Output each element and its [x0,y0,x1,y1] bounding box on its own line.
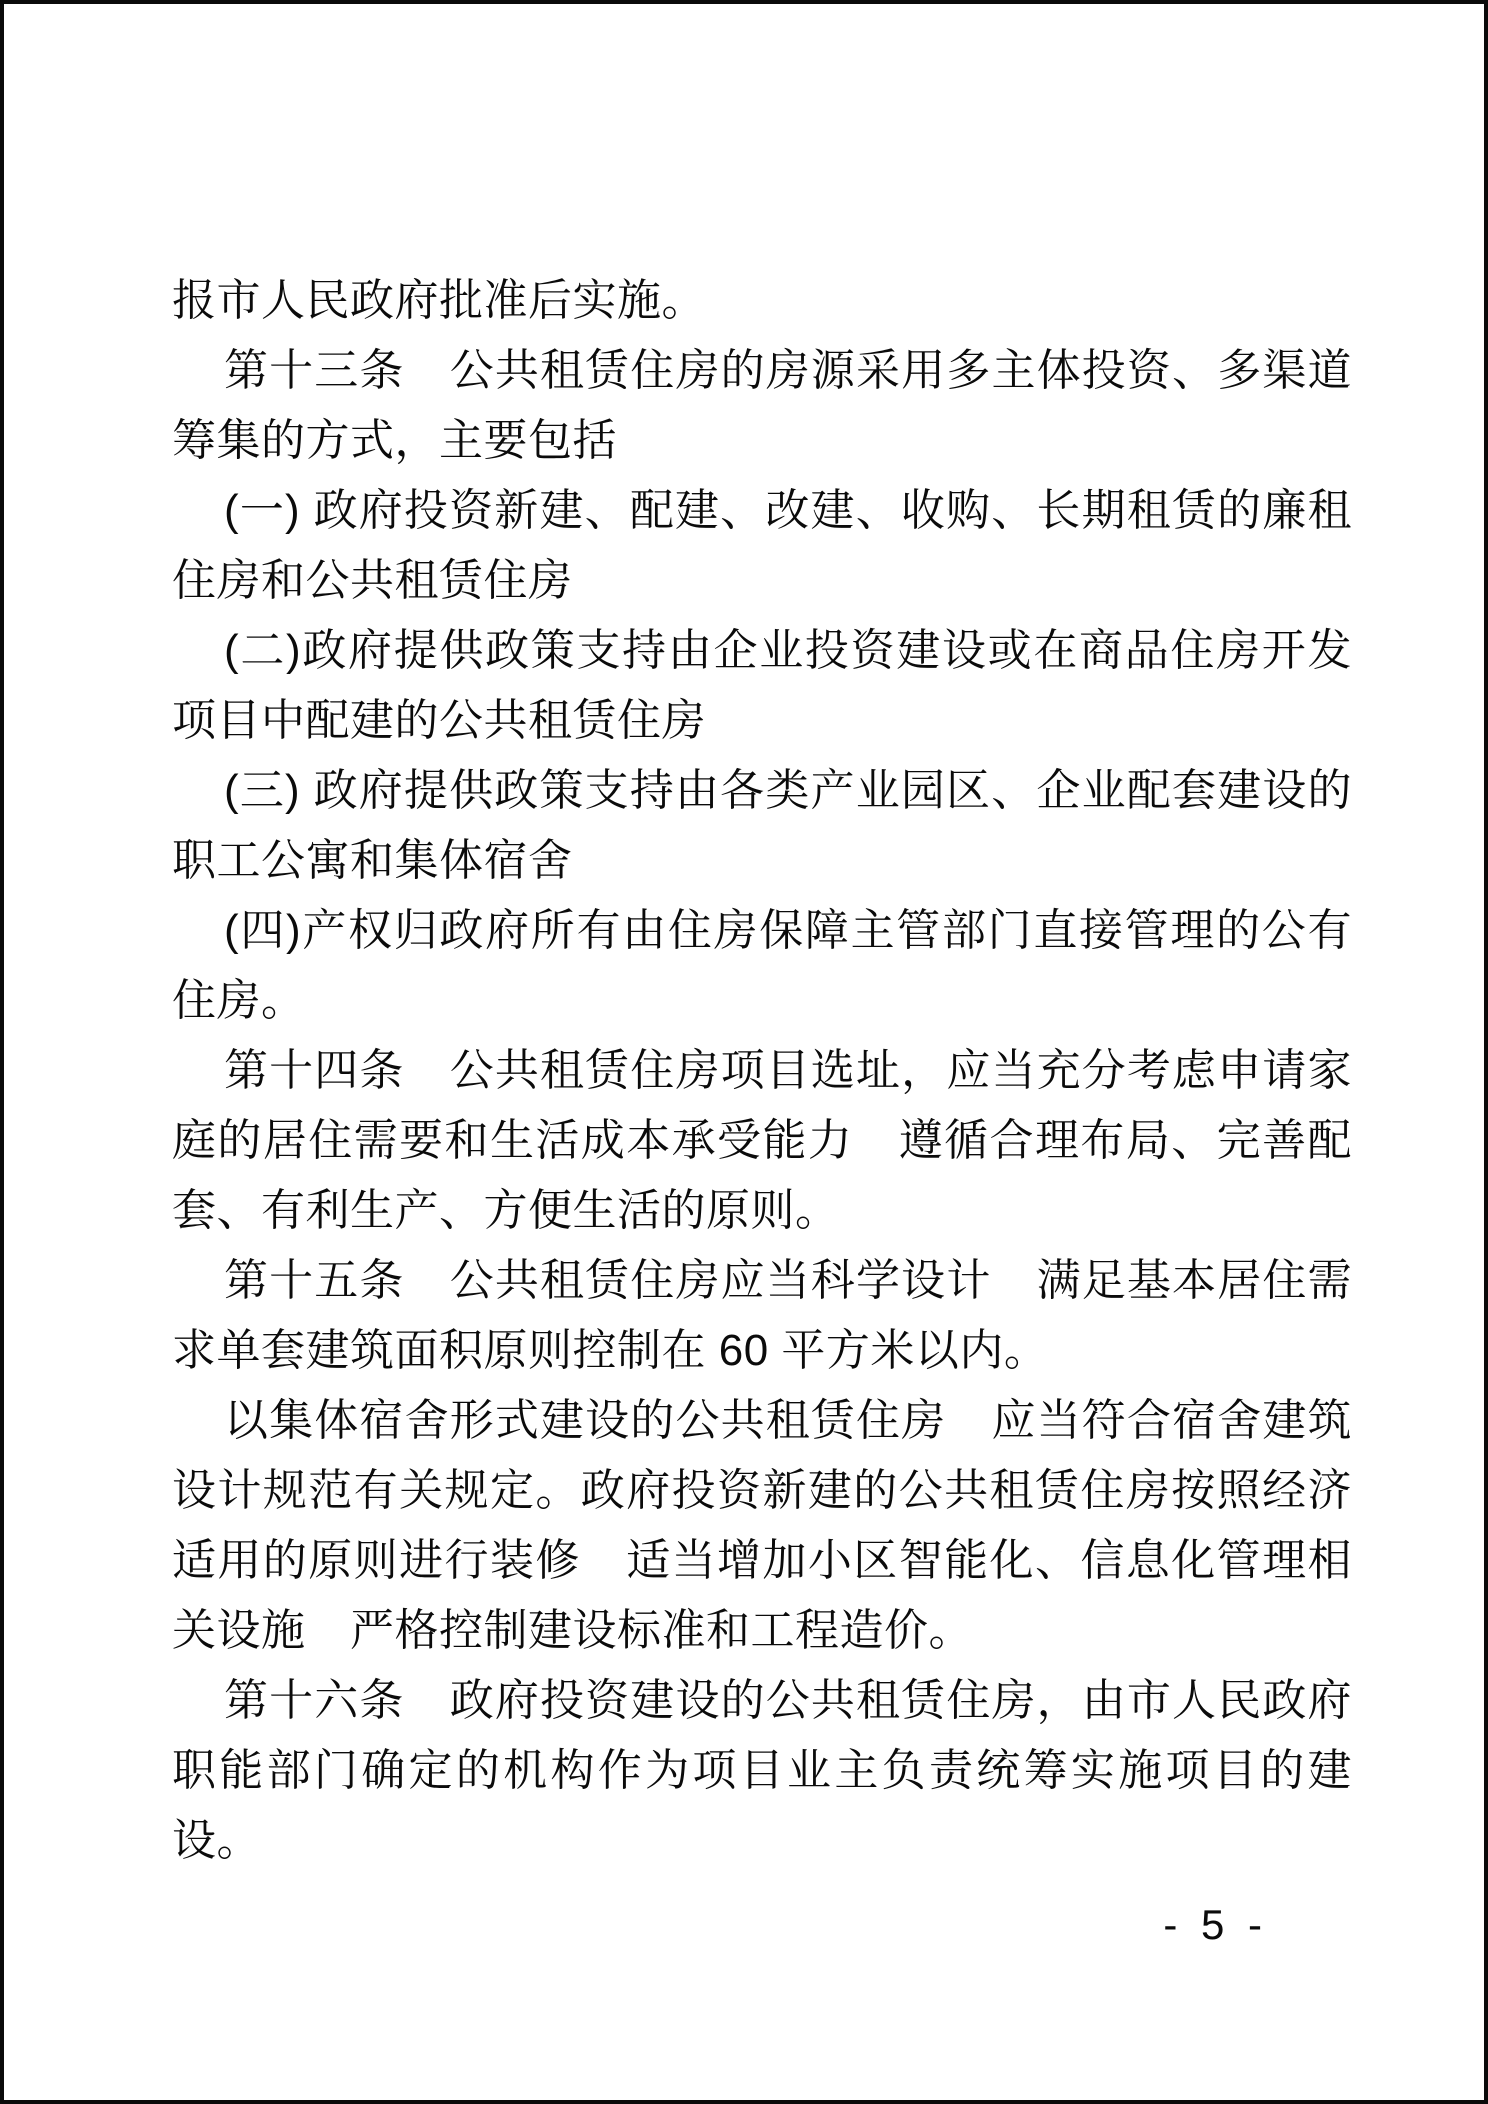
paragraph-item-2: (二)政府提供政策支持由企业投资建设或在商品住房开发项目中配建的公共租赁住房 [172,616,1352,756]
paragraph-item-1: (一) 政府投资新建、配建、改建、收购、长期租赁的廉租住房和公共租赁住房 [172,476,1352,616]
paragraph-article-15-cont: 以集体宿舍形式建设的公共租赁住房 应当符合宿舍建筑设计规范有关规定。政府投资新建… [172,1386,1352,1666]
document-body: 报市人民政府批准后实施。 第十三条 公共租赁住房的房源采用多主体投资、多渠道筹集… [172,266,1352,1876]
paragraph-article-15: 第十五条 公共租赁住房应当科学设计 满足基本居住需求单套建筑面积原则控制在 60… [172,1246,1352,1386]
paragraph-article-16: 第十六条 政府投资建设的公共租赁住房，由市人民政府职能部门确定的机构作为项目业主… [172,1666,1352,1876]
paragraph-item-4: (四)产权归政府所有由住房保障主管部门直接管理的公有住房。 [172,896,1352,1036]
page-number: - 5 - [1163,1900,1268,1950]
paragraph-article-13: 第十三条 公共租赁住房的房源采用多主体投资、多渠道筹集的方式，主要包括 [172,336,1352,476]
paragraph-article-14: 第十四条 公共租赁住房项目选址，应当充分考虑申请家庭的居住需要和生活成本承受能力… [172,1036,1352,1246]
document-page: 报市人民政府批准后实施。 第十三条 公共租赁住房的房源采用多主体投资、多渠道筹集… [0,0,1488,2104]
paragraph: 报市人民政府批准后实施。 [172,266,1352,336]
paragraph-item-3: (三) 政府提供政策支持由各类产业园区、企业配套建设的职工公寓和集体宿舍 [172,756,1352,896]
